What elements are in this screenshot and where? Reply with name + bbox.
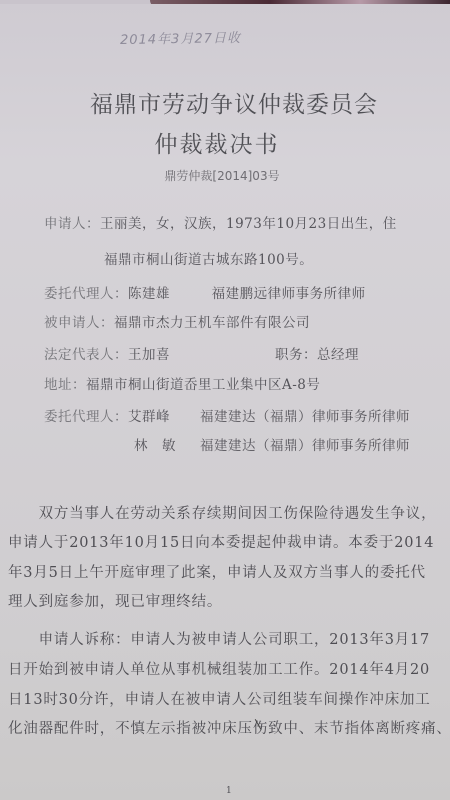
position-line: 职务：总经理 — [275, 343, 359, 363]
body-line: 年3月5日上午开庭审理了此案，申请人及双方当事人的委托代 — [8, 561, 426, 582]
address-label: 地址： — [44, 377, 86, 393]
case-number: 鼎劳仲裁[2014]03号 — [0, 167, 447, 184]
applicant-label: 申请人： — [44, 216, 100, 232]
page-number: 1 — [226, 786, 232, 796]
respondent-agent-name: 艾群峰 — [128, 409, 170, 425]
applicant-agent-line: 委托代理人：陈建雄 福建鹏远律师事务所律师 — [44, 282, 366, 302]
applicant-agent-name: 陈建雄 — [128, 286, 170, 302]
body-line: 化油器配件时，不慎左示指被冲床压伤致中、末节指体离断疼痛、 — [8, 717, 450, 738]
document-issuer-title: 福鼎市劳动争议仲裁委员会 — [9, 86, 450, 119]
legal-representative-label: 法定代表人： — [44, 347, 128, 363]
body-line: 申请人诉称：申请人为被申请人公司职工，2013年3月17 — [8, 628, 430, 649]
document-page: 2014年3月27日收 福鼎市劳动争议仲裁委员会 仲裁裁决书 鼎劳仲裁[2014… — [0, 4, 450, 800]
applicant-agent-firm: 福建鹏远律师事务所律师 — [212, 286, 366, 302]
position-label: 职务： — [275, 347, 317, 363]
handwritten-received-note: 2014年3月27日收 — [120, 27, 241, 48]
legal-representative-line: 法定代表人：王加喜 — [44, 343, 170, 363]
body-line: 双方当事人在劳动关系存续期间因工伤保险待遇发生争议， — [8, 502, 436, 523]
document-type-title: 仲裁裁决书 — [0, 126, 442, 159]
respondent-agents-label: 委托代理人： — [44, 409, 128, 425]
position-value: 总经理 — [317, 347, 359, 363]
applicant-info: 王丽美，女，汉族，1973年10月23日出生，住 — [100, 216, 397, 232]
respondent-line: 被申请人：福鼎市杰力王机车部件有限公司 — [44, 311, 310, 331]
body-line: 日开始到被申请人单位从事机械组装加工工作。2014年4月20 — [8, 658, 430, 679]
body-line: 申请人于2013年10月15日向本委提起仲裁申请。本委于2014 — [8, 531, 434, 552]
legal-representative-name: 王加喜 — [128, 347, 170, 363]
body-line: 日13时30分许，申请人在被申请人公司组装车间操作冲床加工 — [8, 688, 431, 709]
respondent-agent-line-1: 委托代理人：艾群峰 — [44, 405, 170, 425]
respondent-agent-firm: 福建建达（福鼎）律师事务所律师 — [200, 434, 410, 454]
respondent-label: 被申请人： — [44, 315, 114, 331]
applicant-agent-label: 委托代理人： — [44, 286, 128, 302]
respondent-agent-firm: 福建建达（福鼎）律师事务所律师 — [200, 405, 410, 425]
address-line: 地址：福鼎市桐山街道岙里工业集中区A-8号 — [44, 373, 320, 393]
respondent-agent-name: 林 敏 — [134, 434, 176, 454]
body-line: 理人到庭参加，现已审理终结。 — [8, 590, 222, 611]
applicant-address: 福鼎市桐山街道古城东路100号。 — [104, 248, 313, 268]
applicant-line: 申请人：王丽美，女，汉族，1973年10月23日出生，住 — [44, 212, 397, 232]
address-value: 福鼎市桐山街道岙里工业集中区A-8号 — [86, 377, 320, 393]
respondent-name: 福鼎市杰力王机车部件有限公司 — [114, 315, 310, 331]
